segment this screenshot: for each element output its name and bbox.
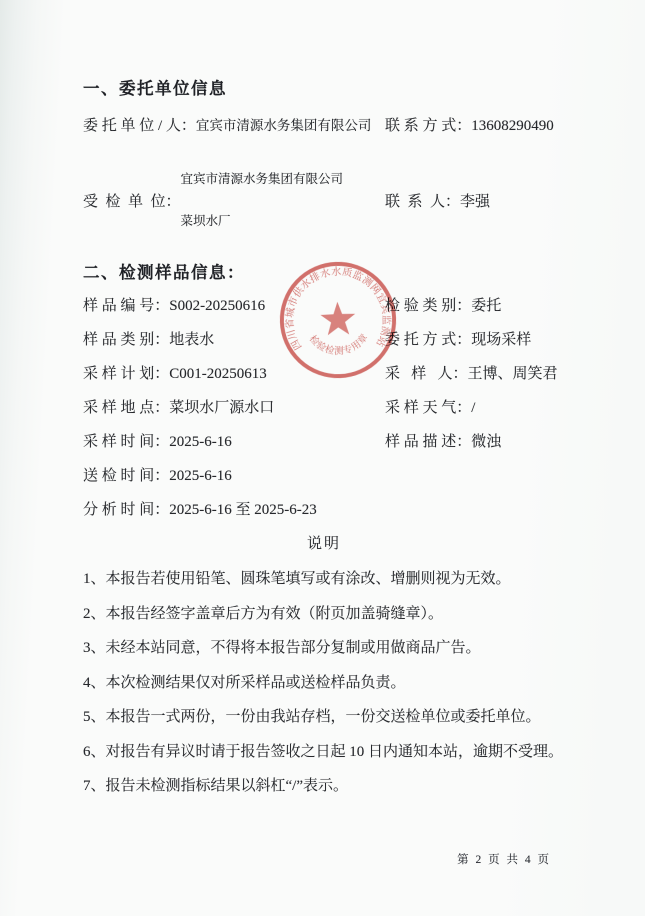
sample-no-label: 样 品 编 号： <box>83 296 169 316</box>
field-pair: 分 析 时 间：2025-6-16 至 2025-6-23 <box>83 500 385 520</box>
client-value: 宜宾市清源水务集团有限公司 <box>196 114 372 138</box>
report-content: 一、委托单位信息 委 托 单 位 / 人：宜宾市清源水务集团有限公司 联 系 方… <box>83 80 565 804</box>
star-icon <box>320 301 356 335</box>
client-label: 委 托 单 位 / 人： <box>83 114 196 138</box>
entrust-mode-value: 现场采样 <box>471 330 531 350</box>
contact-person-value: 李强 <box>460 190 490 211</box>
note-item-7: 7、报告未检测指标结果以斜杠“/”表示。 <box>83 769 565 804</box>
field-pair: 采 样 人：王博、周笑君 <box>385 364 565 384</box>
field-pair: 样 品 描 述：微浊 <box>385 432 565 452</box>
contact-method-pair: 联 系 方 式：13608290490 <box>385 114 565 138</box>
sampling-weather-label: 采 样 天 气： <box>385 398 471 418</box>
sampling-time-label: 采 样 时 间： <box>83 432 169 452</box>
contact-method-label: 联 系 方 式： <box>385 114 471 138</box>
report-page: 一、委托单位信息 委 托 单 位 / 人：宜宾市清源水务集团有限公司 联 系 方… <box>0 0 645 916</box>
field-pair: 采 样 地 点：菜坝水厂源水口 <box>83 398 385 418</box>
note-item-6: 6、对报告有异议时请于报告签收之日起 10 日内通知本站，逾期不受理。 <box>83 735 565 770</box>
sample-type-value: 地表水 <box>169 330 214 350</box>
inspected-unit-label: 受 检 单 位： <box>83 190 181 211</box>
sample-info-row: 送 检 时 间：2025-6-16 <box>83 466 565 486</box>
notes-title: 说明 <box>83 534 565 554</box>
note-item-1: 1、本报告若使用铅笔、圆珠笔填写或有涂改、增删则视为无效。 <box>83 562 565 597</box>
contact-method-value: 13608290490 <box>471 114 554 138</box>
sample-info-row: 采 样 地 点：菜坝水厂源水口 采 样 天 气：/ <box>83 398 565 418</box>
official-seal: 四川省城市供水排水水质监测网宜宾监测站 检验检测专用章 <box>275 257 401 383</box>
sample-no-value: S002-20250616 <box>169 296 265 316</box>
sampling-plan-value: C001-20250613 <box>169 364 267 384</box>
note-item-4: 4、本次检测结果仅对所采样品或送检样品负责。 <box>83 666 565 701</box>
field-pair: 委 托 方 式：现场采样 <box>385 330 565 350</box>
field-pair: 采 样 天 气：/ <box>385 398 565 418</box>
sampling-weather-value: / <box>471 398 475 418</box>
note-item-3: 3、未经本站同意，不得将本报告部分复制或用做商品广告。 <box>83 631 565 666</box>
delivery-time-label: 送 检 时 间： <box>83 466 169 486</box>
sampler-value: 王博、周笑君 <box>468 364 558 384</box>
sample-type-label: 样 品 类 别： <box>83 330 169 350</box>
inspected-unit-pair: 受 检 单 位： 宜宾市清源水务集团有限公司 菜坝水厂 <box>83 144 385 256</box>
notes-list: 1、本报告若使用铅笔、圆珠笔填写或有涂改、增删则视为无效。 2、本报告经签字盖章… <box>83 562 565 804</box>
sampling-time-value: 2025-6-16 <box>169 432 232 452</box>
page-number: 第 2 页 共 4 页 <box>457 851 551 867</box>
seal-bottom-text: 检验检测专用章 <box>306 331 371 358</box>
contact-person-pair: 联 系 人：李强 <box>385 190 565 211</box>
analysis-time-label: 分 析 时 间： <box>83 500 169 520</box>
contact-person-label: 联 系 人： <box>385 190 460 211</box>
sampling-site-label: 采 样 地 点： <box>83 398 169 418</box>
field-pair: 检 验 类 别：委托 <box>385 296 565 316</box>
inspected-unit-line1: 宜宾市清源水务集团有限公司 <box>181 172 344 186</box>
test-category-value: 委托 <box>471 296 501 316</box>
analysis-time-value: 2025-6-16 至 2025-6-23 <box>169 500 316 520</box>
sample-description-value: 微浊 <box>471 432 501 452</box>
inspected-unit-line2: 菜坝水厂 <box>181 214 344 228</box>
field-pair: 采 样 时 间：2025-6-16 <box>83 432 385 452</box>
note-item-2: 2、本报告经签字盖章后方为有效（附页加盖骑缝章）。 <box>83 597 565 632</box>
sample-description-label: 样 品 描 述： <box>385 432 471 452</box>
sampling-site-value: 菜坝水厂源水口 <box>169 398 274 418</box>
sample-info-row: 采 样 时 间：2025-6-16 样 品 描 述：微浊 <box>83 432 565 452</box>
note-item-5: 5、本报告一式两份，一份由我站存档，一份交送检单位或委托单位。 <box>83 700 565 735</box>
inspected-unit-row: 受 检 单 位： 宜宾市清源水务集团有限公司 菜坝水厂 联 系 人：李强 <box>83 144 565 256</box>
field-pair: 送 检 时 间：2025-6-16 <box>83 466 385 486</box>
client-pair: 委 托 单 位 / 人：宜宾市清源水务集团有限公司 <box>83 114 385 138</box>
section1-title: 一、委托单位信息 <box>83 80 565 98</box>
delivery-time-value: 2025-6-16 <box>169 466 232 486</box>
sampling-plan-label: 采 样 计 划： <box>83 364 169 384</box>
client-row: 委 托 单 位 / 人：宜宾市清源水务集团有限公司 联 系 方 式：136082… <box>83 114 565 138</box>
seal-graphic: 四川省城市供水排水水质监测网宜宾监测站 检验检测专用章 <box>275 257 401 383</box>
sample-info-row: 分 析 时 间：2025-6-16 至 2025-6-23 <box>83 500 565 520</box>
inspected-unit-value: 宜宾市清源水务集团有限公司 菜坝水厂 <box>181 144 344 256</box>
